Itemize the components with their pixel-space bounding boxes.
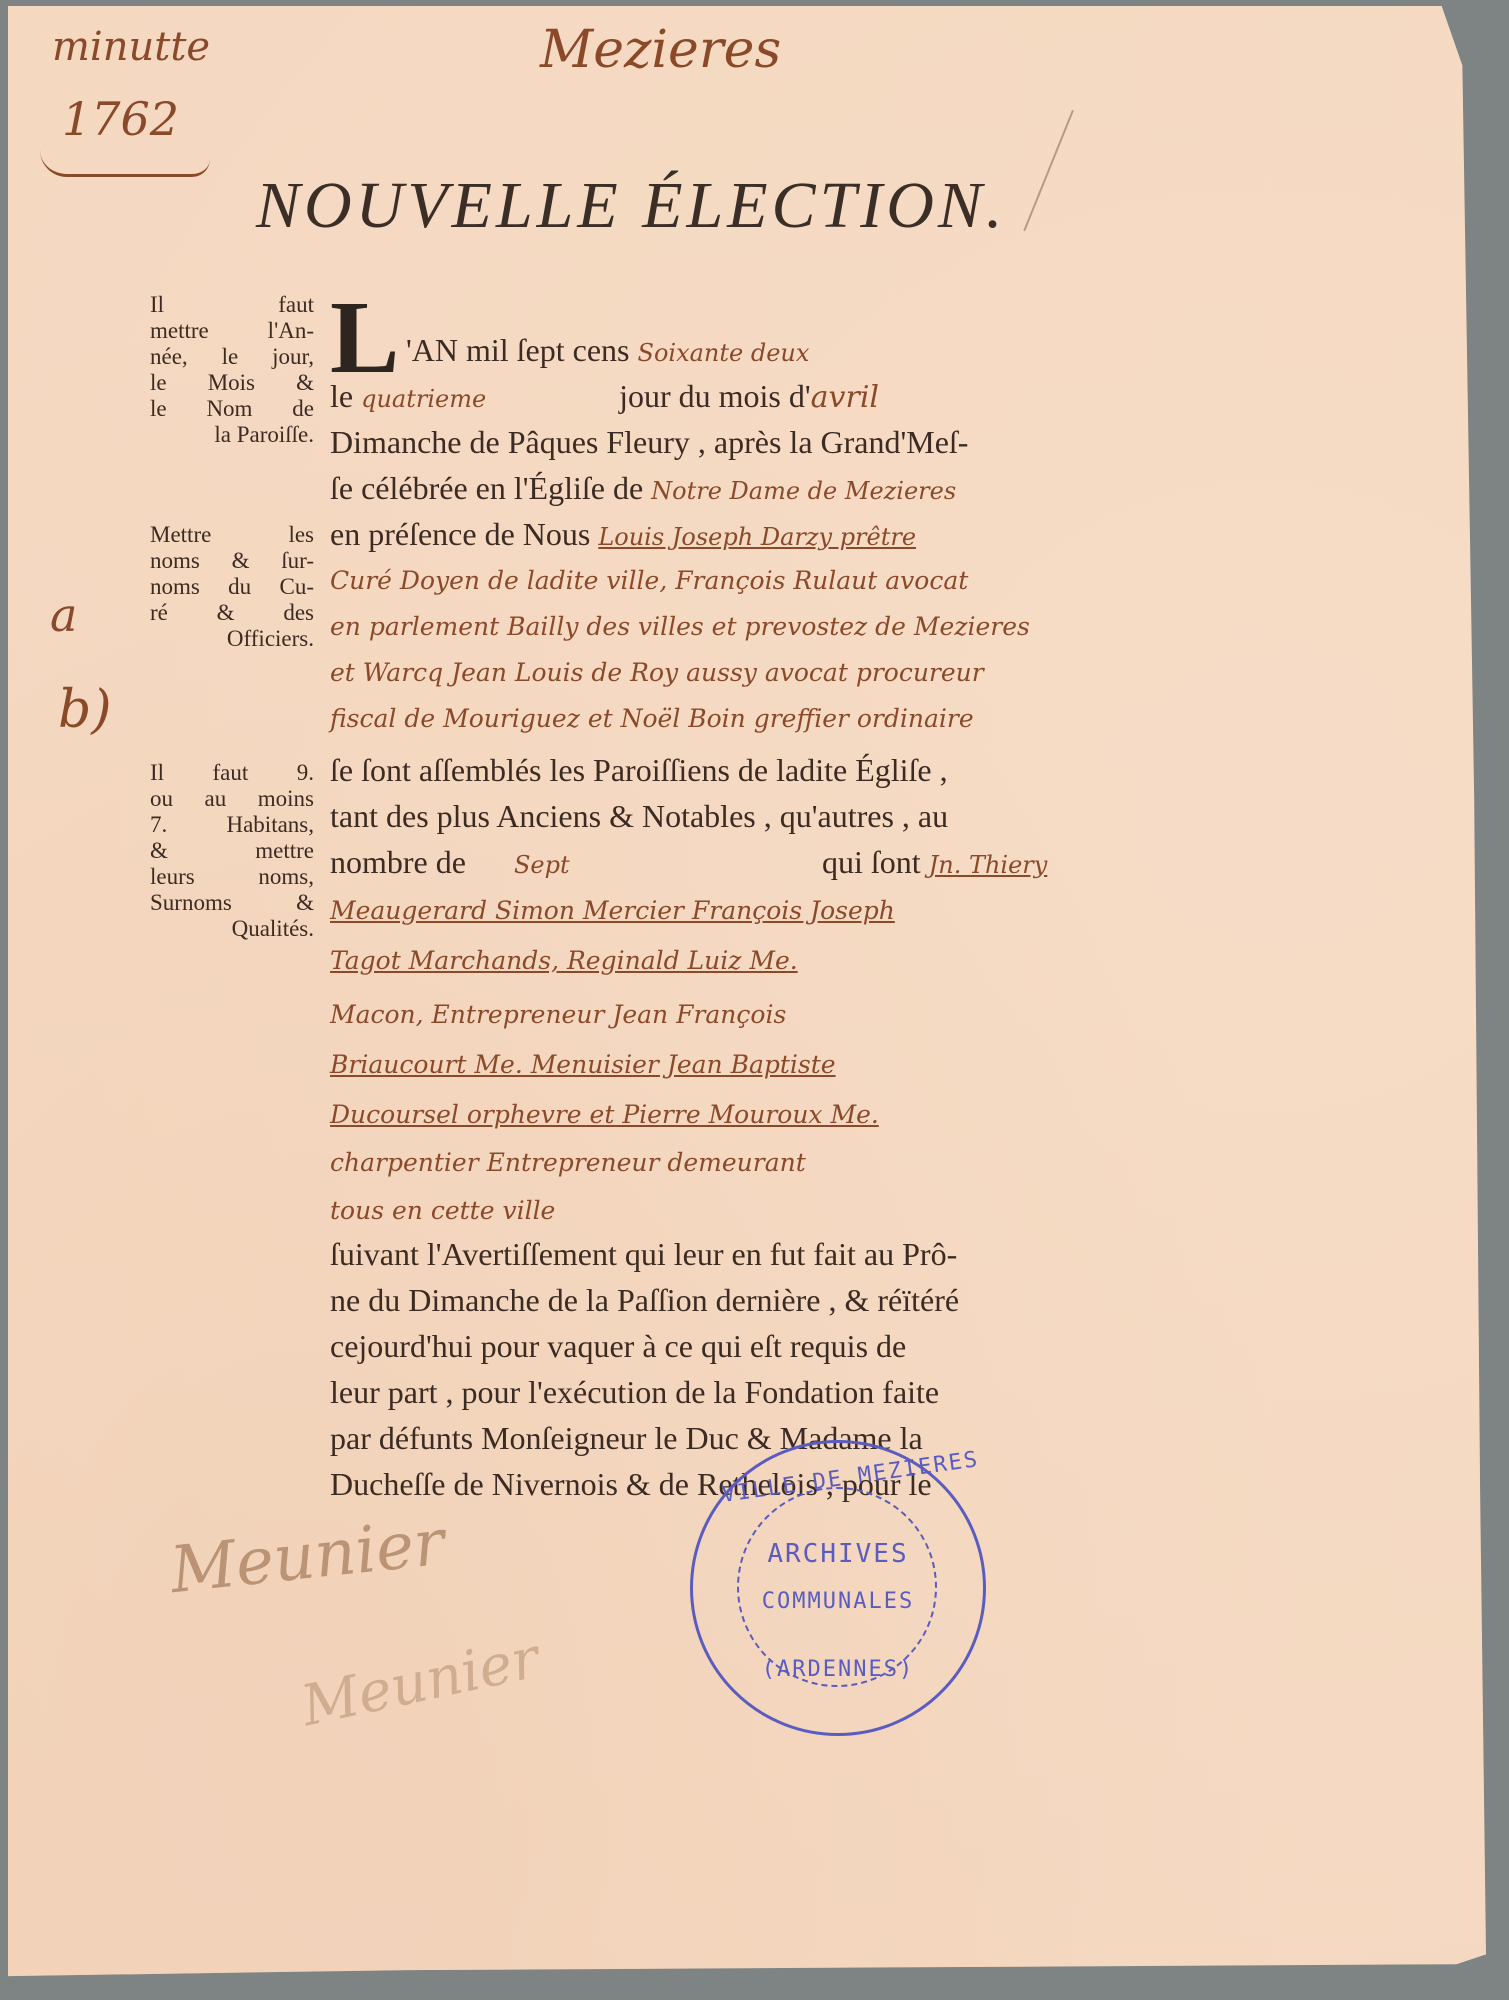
body-tail-4: leur part , pour l'exécution de la Fonda… <box>330 1374 939 1411</box>
handwritten-inhabitants-3: Macon, Entrepreneur Jean François <box>330 1000 786 1029</box>
printed-text: ſe célébrée en l'Égliſe de <box>330 470 643 506</box>
stamp-line-communales: COMMUNALES <box>693 1589 983 1614</box>
document-title: NOUVELLE ÉLECTION. <box>256 168 1006 244</box>
handwritten-church: Notre Dame de Mezieres <box>651 477 956 505</box>
body-line-4: ſe célébrée en l'Égliſe de Notre Dame de… <box>330 470 956 507</box>
margin-line: la Paroiſſe. <box>150 422 314 448</box>
margin-line: Mettre les <box>150 522 314 548</box>
margin-note-names-officers: Mettre les noms & ſur- noms du Cu- ré & … <box>150 522 314 652</box>
annotation-place: Mezieres <box>540 20 781 80</box>
annotation-flourish <box>40 150 210 177</box>
handwritten-officers-2: en parlement Bailly des villes et prevos… <box>330 612 1030 641</box>
handwritten-inhabitants-2: Tagot Marchands, Reginald Luiz Me. <box>330 946 798 975</box>
printed-text: en préſence de Nous <box>330 516 590 552</box>
annotation-year: 1762 <box>62 92 179 146</box>
body-line-notables: tant des plus Anciens & Notables , qu'au… <box>330 798 948 835</box>
printed-text: le <box>330 378 353 414</box>
margin-line: Surnoms & <box>150 890 314 916</box>
handwritten-inhabitants-7: tous en cette ville <box>330 1196 555 1225</box>
handwritten-first-name: Jn. Thiery <box>929 851 1048 879</box>
body-line-assembled: ſe ſont aſſemblés les Paroiſſiens de lad… <box>330 752 948 789</box>
handwritten-inhabitants-5: Ducoursel orphevre et Pierre Mouroux Me. <box>330 1100 879 1129</box>
body-tail-1: ſuivant l'Avertiſſement qui leur en fut … <box>330 1236 957 1273</box>
printed-text: nombre de <box>330 844 466 880</box>
body-line-nombre: nombre de Sept qui ſont Jn. Thiery <box>330 844 1047 881</box>
margin-line: noms & ſur- <box>150 548 314 574</box>
margin-mark-b: b) <box>58 680 112 740</box>
handwritten-officers-1: Curé Doyen de ladite ville, François Rul… <box>330 566 968 595</box>
handwritten-cure-name: Louis Joseph Darzy prêtre <box>598 523 916 551</box>
margin-line: noms du Cu- <box>150 574 314 600</box>
margin-mark-a: a <box>50 588 77 642</box>
printed-text: 'AN mil ſept cens <box>406 332 630 368</box>
margin-note-year-day: Il faut mettre l'An- née, le jour, le Mo… <box>150 292 314 448</box>
margin-line: & mettre <box>150 838 314 864</box>
handwritten-inhabitants-1: Meaugerard Simon Mercier François Joseph <box>330 896 895 925</box>
margin-line: leurs noms, <box>150 864 314 890</box>
margin-note-inhabitants: Il faut 9. ou au moins 7. Habitans, & me… <box>150 760 314 942</box>
handwritten-month: avril <box>811 380 879 415</box>
handwritten-day: quatrieme <box>361 385 611 413</box>
printed-text: jour du mois d' <box>619 378 811 414</box>
margin-line: Qualités. <box>150 916 314 942</box>
handwritten-officers-4: fiscal de Mouriguez et Noël Boin greffie… <box>330 704 974 733</box>
stamp-line-ardennes: (ARDENNES) <box>693 1657 983 1682</box>
body-tail-3: cejourd'hui pour vaquer à ce qui eſt req… <box>330 1328 906 1365</box>
body-line-5: en préſence de Nous Louis Joseph Darzy p… <box>330 516 916 553</box>
margin-line: 7. Habitans, <box>150 812 314 838</box>
handwritten-count: Sept <box>474 851 814 879</box>
dropcap-letter: L <box>330 286 399 390</box>
printed-text: qui ſont <box>822 844 921 880</box>
margin-line: mettre l'An- <box>150 318 314 344</box>
archives-stamp: VILLE DE MEZIERES ARCHIVES COMMUNALES (A… <box>690 1440 986 1736</box>
annotation-minutte: minutte <box>52 24 210 70</box>
margin-line: née, le jour, <box>150 344 314 370</box>
handwritten-inhabitants-6: charpentier Entrepreneur demeurant <box>330 1148 806 1177</box>
margin-line: Officiers. <box>150 626 314 652</box>
stamp-line-archives: ARCHIVES <box>693 1539 983 1569</box>
margin-line: Il faut 9. <box>150 760 314 786</box>
margin-line: Il faut <box>150 292 314 318</box>
body-tail-2: ne du Dimanche de la Paſſion dernière , … <box>330 1282 959 1319</box>
handwritten-officers-3: et Warcq Jean Louis de Roy aussy avocat … <box>330 658 984 687</box>
handwritten-year: Soixante deux <box>638 339 810 367</box>
margin-line: le Nom de <box>150 396 314 422</box>
body-line-3: Dimanche de Pâques Fleury , après la Gra… <box>330 424 968 461</box>
margin-line: ré & des <box>150 600 314 626</box>
margin-line: ou au moins <box>150 786 314 812</box>
body-line-1: 'AN mil ſept cens Soixante deux <box>406 332 809 369</box>
body-line-2: le quatrieme jour du mois d'avril <box>330 378 879 415</box>
handwritten-inhabitants-4: Briaucourt Me. Menuisier Jean Baptiste <box>330 1050 836 1079</box>
margin-line: le Mois & <box>150 370 314 396</box>
